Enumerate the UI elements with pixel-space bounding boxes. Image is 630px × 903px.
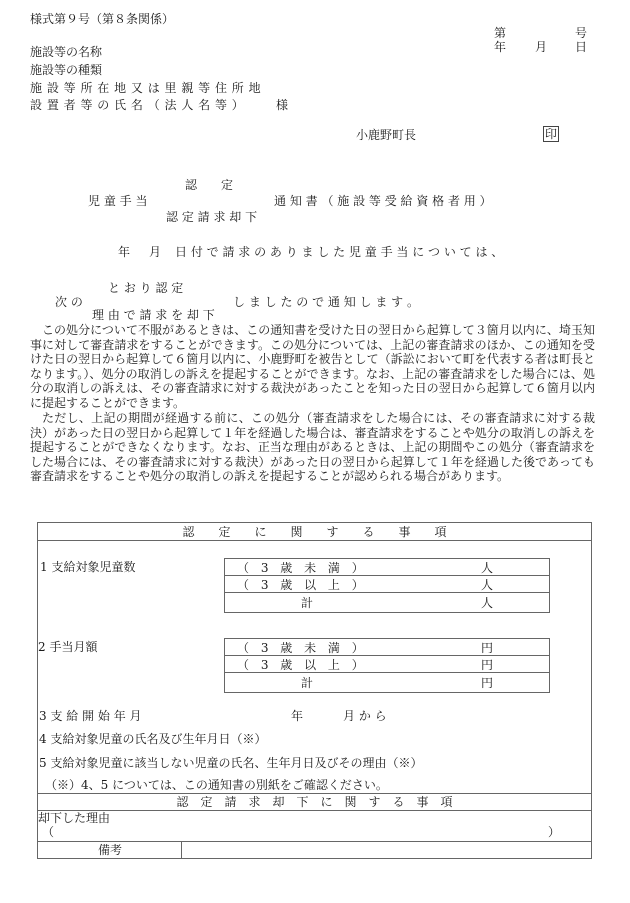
row-unit: 人 xyxy=(481,579,493,591)
monthly-amount-table: （ 3 歳 未 満 ） 円 （ 3 歳 以 上 ） 円 計 円 xyxy=(224,638,550,693)
title-option-rejection: 認 定 請 求 却 下 xyxy=(166,211,257,223)
doc-number-suffix: 号 xyxy=(575,27,587,39)
item3-year: 年 xyxy=(291,710,303,722)
row-unit: 円 xyxy=(481,677,493,689)
row-unit: 人 xyxy=(481,562,493,574)
row-label: 計 xyxy=(225,597,389,609)
row-label: （ 3 歳 未 満 ） xyxy=(237,562,368,574)
intro-year: 年 xyxy=(118,246,130,258)
approval-section-header: 認 定 に 関 す る 事 項 xyxy=(38,526,591,538)
addressee-facility-type: 施設等の種類 xyxy=(30,64,102,76)
date-month-label: 月 xyxy=(535,41,547,53)
seal-stamp-icon: 印 xyxy=(543,126,559,142)
addressee-facility-address: 施 設 等 所 在 地 又 は 里 親 等 住 所 地 xyxy=(30,82,261,94)
intro-option-rejection: 理 由 で 請 求 を 却 下 xyxy=(92,309,215,321)
table-row: （ 3 歳 未 満 ） 人 xyxy=(225,559,549,576)
item4-label: 4 支給対象児童の氏名及び生年月日（※） xyxy=(39,733,266,745)
divider xyxy=(38,540,591,541)
remarks-divider xyxy=(181,841,182,859)
issuer-mayor: 小鹿野町長 xyxy=(356,129,416,141)
row-unit: 円 xyxy=(481,659,493,671)
appeal-notice-paragraph-1: この処分について不服があるときは、この通知書を受けた日の翌日から起算して３箇月以… xyxy=(30,323,595,411)
item5-label: 5 支給対象児童に該当しない児童の氏名、生年月日及びその理由（※） xyxy=(39,757,422,769)
notice-details-table: 認 定 に 関 す る 事 項 1 支給対象児童数 （ 3 歳 未 満 ） 人 … xyxy=(37,522,592,859)
title-option-approval: 認 定 xyxy=(185,179,233,191)
row-label: （ 3 歳 以 上 ） xyxy=(237,659,368,671)
honorific-sama: 様 xyxy=(276,99,288,111)
divider xyxy=(38,810,591,811)
reason-paren-close: ） xyxy=(548,826,560,838)
intro-option-approval: と お り 認 定 xyxy=(108,282,183,294)
table-row: 計 円 xyxy=(225,673,549,692)
item2-label: 2 手当月額 xyxy=(38,641,97,653)
title-child-allowance: 児 童 手 当 xyxy=(88,195,147,207)
row-unit: 円 xyxy=(481,642,493,654)
divider xyxy=(38,793,591,794)
form-number: 様式第９号（第８条関係） xyxy=(30,13,174,25)
intro-prefix: 次 の xyxy=(55,296,83,308)
addressee-operator-name: 設 置 者 等 の 氏 名 （ 法 人 名 等 ） xyxy=(30,99,244,111)
row-label: （ 3 歳 以 上 ） xyxy=(237,579,368,591)
approval-note: （※）4、5 については、この通知書の別紙をご確認ください。 xyxy=(45,779,388,791)
appeal-notice-paragraph-2: ただし、上記の期間が経過する前に、この処分（審査請求をした場合には、その審査請求… xyxy=(30,411,595,484)
item1-label: 1 支給対象児童数 xyxy=(40,561,135,573)
doc-number-prefix: 第 xyxy=(494,27,506,39)
divider xyxy=(38,841,591,842)
row-label: 計 xyxy=(225,677,389,689)
row-unit: 人 xyxy=(481,597,493,609)
table-row: （ 3 歳 以 上 ） 円 xyxy=(225,656,549,673)
item3-month-from: 月 か ら xyxy=(343,710,387,722)
intro-text: 日 付 で 請 求 の あ り ま し た 児 童 手 当 に つ い て は … xyxy=(175,246,503,258)
intro-month: 月 xyxy=(149,246,161,258)
rejection-section-header: 認 定 請 求 却 下 に 関 す る 事 項 xyxy=(38,796,591,808)
table-row: （ 3 歳 未 満 ） 円 xyxy=(225,639,549,656)
row-label: （ 3 歳 未 満 ） xyxy=(237,642,368,654)
addressee-facility-name: 施設等の名称 xyxy=(30,46,102,58)
date-day-label: 日 xyxy=(575,41,587,53)
reason-paren-open: （ xyxy=(42,826,54,838)
date-year-label: 年 xyxy=(494,41,506,53)
rejection-reason-label: 却下した理由 xyxy=(38,812,110,824)
table-row: （ 3 歳 以 上 ） 人 xyxy=(225,576,549,593)
intro-suffix: し ま し た の で 通 知 し ま す 。 xyxy=(233,296,419,308)
item3-label: 3 支 給 開 始 年 月 xyxy=(39,710,142,722)
table-row: 計 人 xyxy=(225,593,549,612)
remarks-label: 備考 xyxy=(38,844,182,856)
title-notice-type: 通 知 書 （ 施 設 等 受 給 資 格 者 用 ） xyxy=(274,195,492,207)
child-count-table: （ 3 歳 未 満 ） 人 （ 3 歳 以 上 ） 人 計 人 xyxy=(224,558,550,613)
